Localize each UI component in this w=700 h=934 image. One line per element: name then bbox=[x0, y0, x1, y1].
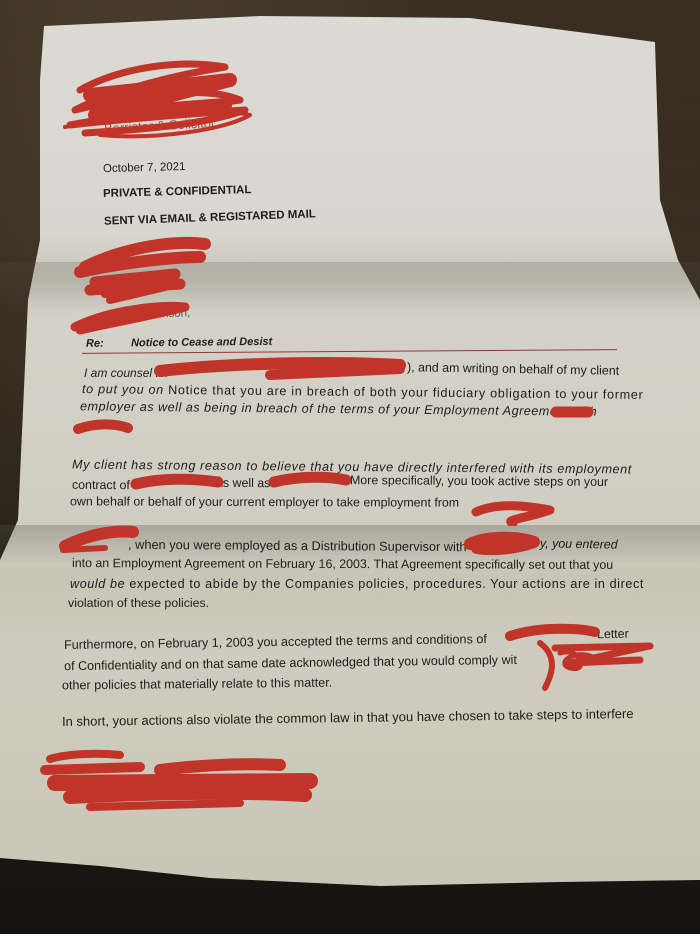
redaction-address bbox=[65, 232, 225, 342]
letterhead-subtitle: Barrister & Solicitor bbox=[104, 115, 216, 136]
confidentiality-label: PRIVATE & CONFIDENTIAL bbox=[103, 184, 252, 200]
letter-date: October 7, 2021 bbox=[103, 161, 186, 175]
paragraph-4-line-2: of Confidentiality and on that same date… bbox=[64, 653, 517, 673]
p1-italic-start: to put you on bbox=[82, 382, 168, 397]
redaction-company-letter bbox=[500, 618, 660, 693]
paragraph-4-line-1: Furthermore, on February 1, 2003 you acc… bbox=[64, 632, 487, 652]
salutation: ...inson, bbox=[150, 307, 191, 320]
redaction-employer-1 bbox=[70, 418, 140, 440]
redaction-signature-block bbox=[40, 745, 325, 815]
p1-notice-word: Notice bbox=[168, 383, 208, 397]
redaction-employer-2 bbox=[468, 498, 563, 526]
p3-italic-start: would be bbox=[70, 577, 125, 591]
paragraph-2-line-2b: as well as bbox=[216, 476, 271, 490]
subject-line: Re: Notice to Cease and Desist bbox=[86, 332, 616, 350]
redaction-employer-3 bbox=[462, 530, 542, 558]
p1-line2-rest: that you are in breach of both your fidu… bbox=[208, 383, 644, 402]
paragraph-5-line-1: In short, your actions also violate the … bbox=[62, 706, 634, 729]
subject-divider bbox=[82, 349, 617, 354]
paragraph-4-line-3: other policies that materially relate to… bbox=[62, 676, 332, 693]
paragraph-2-line-2c: More specifically, you took active steps… bbox=[350, 473, 608, 489]
paragraph-4-line-1-end: Letter bbox=[597, 627, 629, 642]
paragraph-1-line-3: employer as well as being in breach of t… bbox=[80, 399, 597, 418]
paragraph-2-line-2a: contract of bbox=[72, 478, 130, 492]
paragraph-3-line-2: into an Employment Agreement on February… bbox=[72, 556, 613, 572]
paragraph-1-line-2: to put you on Notice that you are in bre… bbox=[82, 382, 644, 402]
delivery-method: SENT VIA EMAIL & REGISTARED MAIL bbox=[104, 208, 316, 227]
paragraph-1-line-1-end: ), and am writing on behalf of my client bbox=[407, 360, 619, 378]
p3-line3-rest: expected to abide by the Companies polic… bbox=[125, 577, 644, 591]
p1-line3-text: employer as well as being in breach of t… bbox=[80, 399, 597, 418]
redaction-client-name bbox=[150, 355, 415, 385]
paragraph-3-line-1-end: y, you entered bbox=[540, 536, 618, 551]
paragraph-1-line-1: I am counsel for bbox=[84, 366, 169, 380]
paragraph-2-line-3: own behalf or behalf of your current emp… bbox=[70, 494, 459, 509]
subject-text: Notice to Cease and Desist bbox=[131, 336, 272, 349]
redaction-contract-party-1 bbox=[130, 472, 225, 494]
subject-label: Re: bbox=[86, 337, 128, 349]
paragraph-3-line-1: , when you were employed as a Distributi… bbox=[128, 537, 467, 554]
letter-document: Barrister & Solicitor October 7, 2021 PR… bbox=[0, 0, 700, 934]
paragraph-3-line-3: would be expected to abide by the Compan… bbox=[70, 577, 644, 591]
paragraph-3-line-4: violation of these policies. bbox=[68, 596, 209, 610]
